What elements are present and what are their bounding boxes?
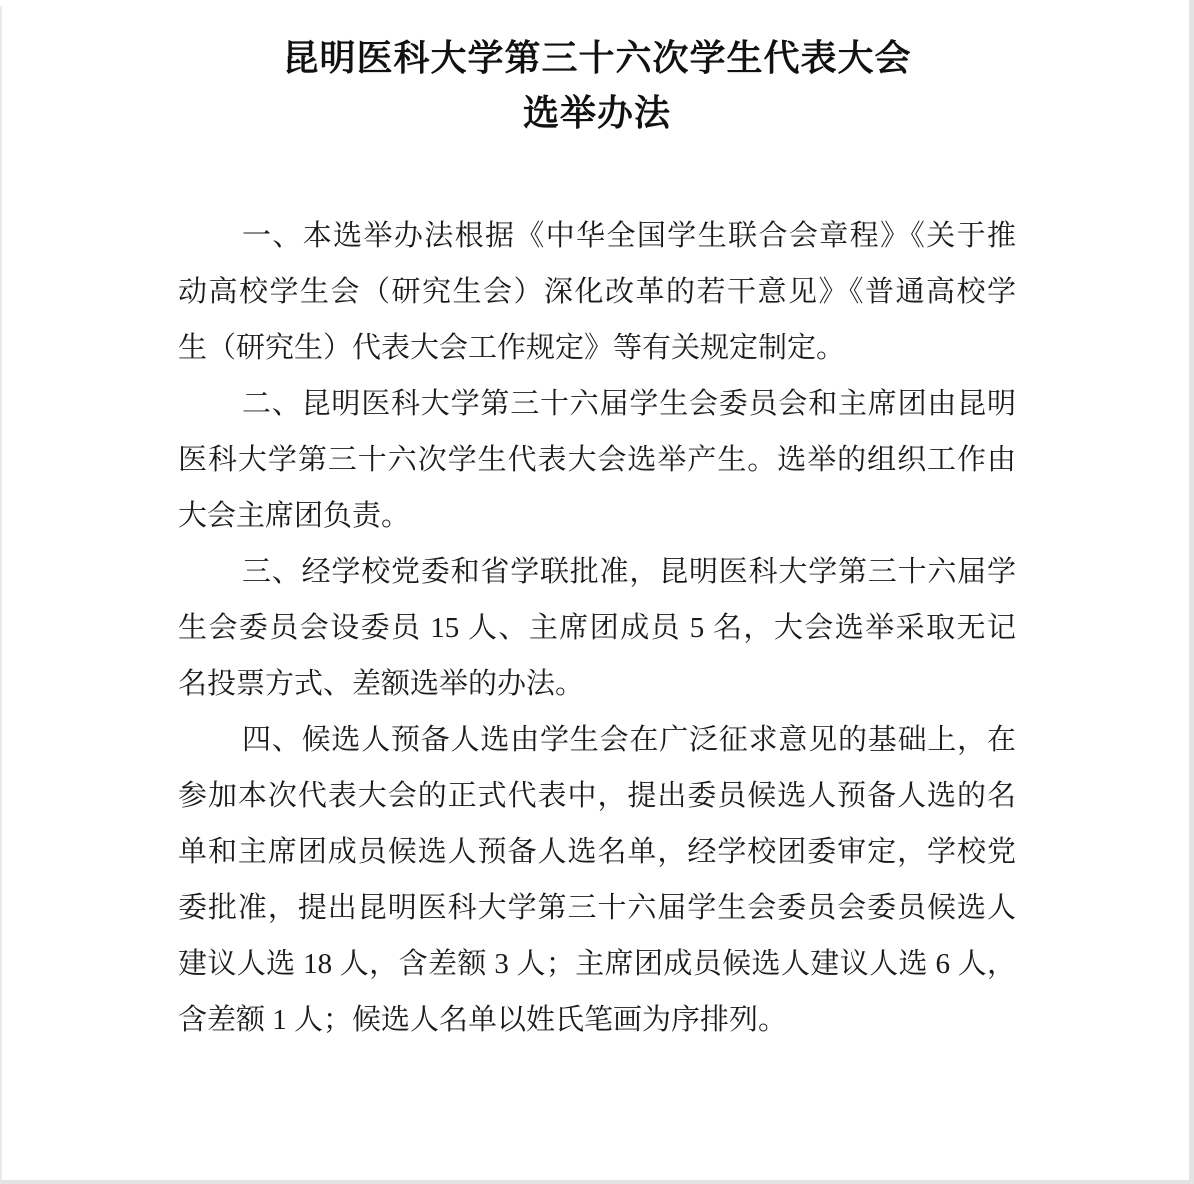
body-line: 二、昆明医科大学第三十六届学生会委员会和主席团由昆明 <box>178 376 1016 432</box>
body-line: 四、候选人预备人选由学生会在广泛征求意见的基础上，在 <box>178 712 1016 768</box>
body-line: 名投票方式、差额选举的办法。 <box>178 656 1016 712</box>
body-line: 生（研究生）代表大会工作规定》等有关规定制定。 <box>178 320 1016 376</box>
document-title: 昆明医科大学第三十六次学生代表大会 选举办法 <box>0 30 1194 140</box>
body-line: 三、经学校党委和省学联批准，昆明医科大学第三十六届学 <box>178 544 1016 600</box>
document-body: 一、本选举办法根据《中华全国学生联合会章程》《关于推 动高校学生会（研究生会）深… <box>178 208 1016 1048</box>
page-edge-right <box>1189 0 1194 1184</box>
page-edge-bottom <box>0 1180 1194 1184</box>
document-title-line2: 选举办法 <box>0 85 1194 140</box>
page-edge-left <box>0 6 2 1180</box>
body-line: 参加本次代表大会的正式代表中，提出委员候选人预备人选的名 <box>178 768 1016 824</box>
body-line: 委批准，提出昆明医科大学第三十六届学生会委员会委员候选人 <box>178 880 1016 936</box>
body-line: 生会委员会设委员 15 人、主席团成员 5 名，大会选举采取无记 <box>178 600 1016 656</box>
body-line: 大会主席团负责。 <box>178 488 1016 544</box>
body-line: 一、本选举办法根据《中华全国学生联合会章程》《关于推 <box>178 208 1016 264</box>
body-line: 含差额 1 人；候选人名单以姓氏笔画为序排列。 <box>178 992 1016 1048</box>
body-line: 动高校学生会（研究生会）深化改革的若干意见》《普通高校学 <box>178 264 1016 320</box>
document-title-line1: 昆明医科大学第三十六次学生代表大会 <box>0 30 1194 85</box>
body-line: 医科大学第三十六次学生代表大会选举产生。选举的组织工作由 <box>178 432 1016 488</box>
body-line: 单和主席团成员候选人预备人选名单，经学校团委审定，学校党 <box>178 824 1016 880</box>
document-page: 昆明医科大学第三十六次学生代表大会 选举办法 一、本选举办法根据《中华全国学生联… <box>0 0 1194 1184</box>
body-line: 建议人选 18 人，含差额 3 人；主席团成员候选人建议人选 6 人， <box>178 936 1016 992</box>
